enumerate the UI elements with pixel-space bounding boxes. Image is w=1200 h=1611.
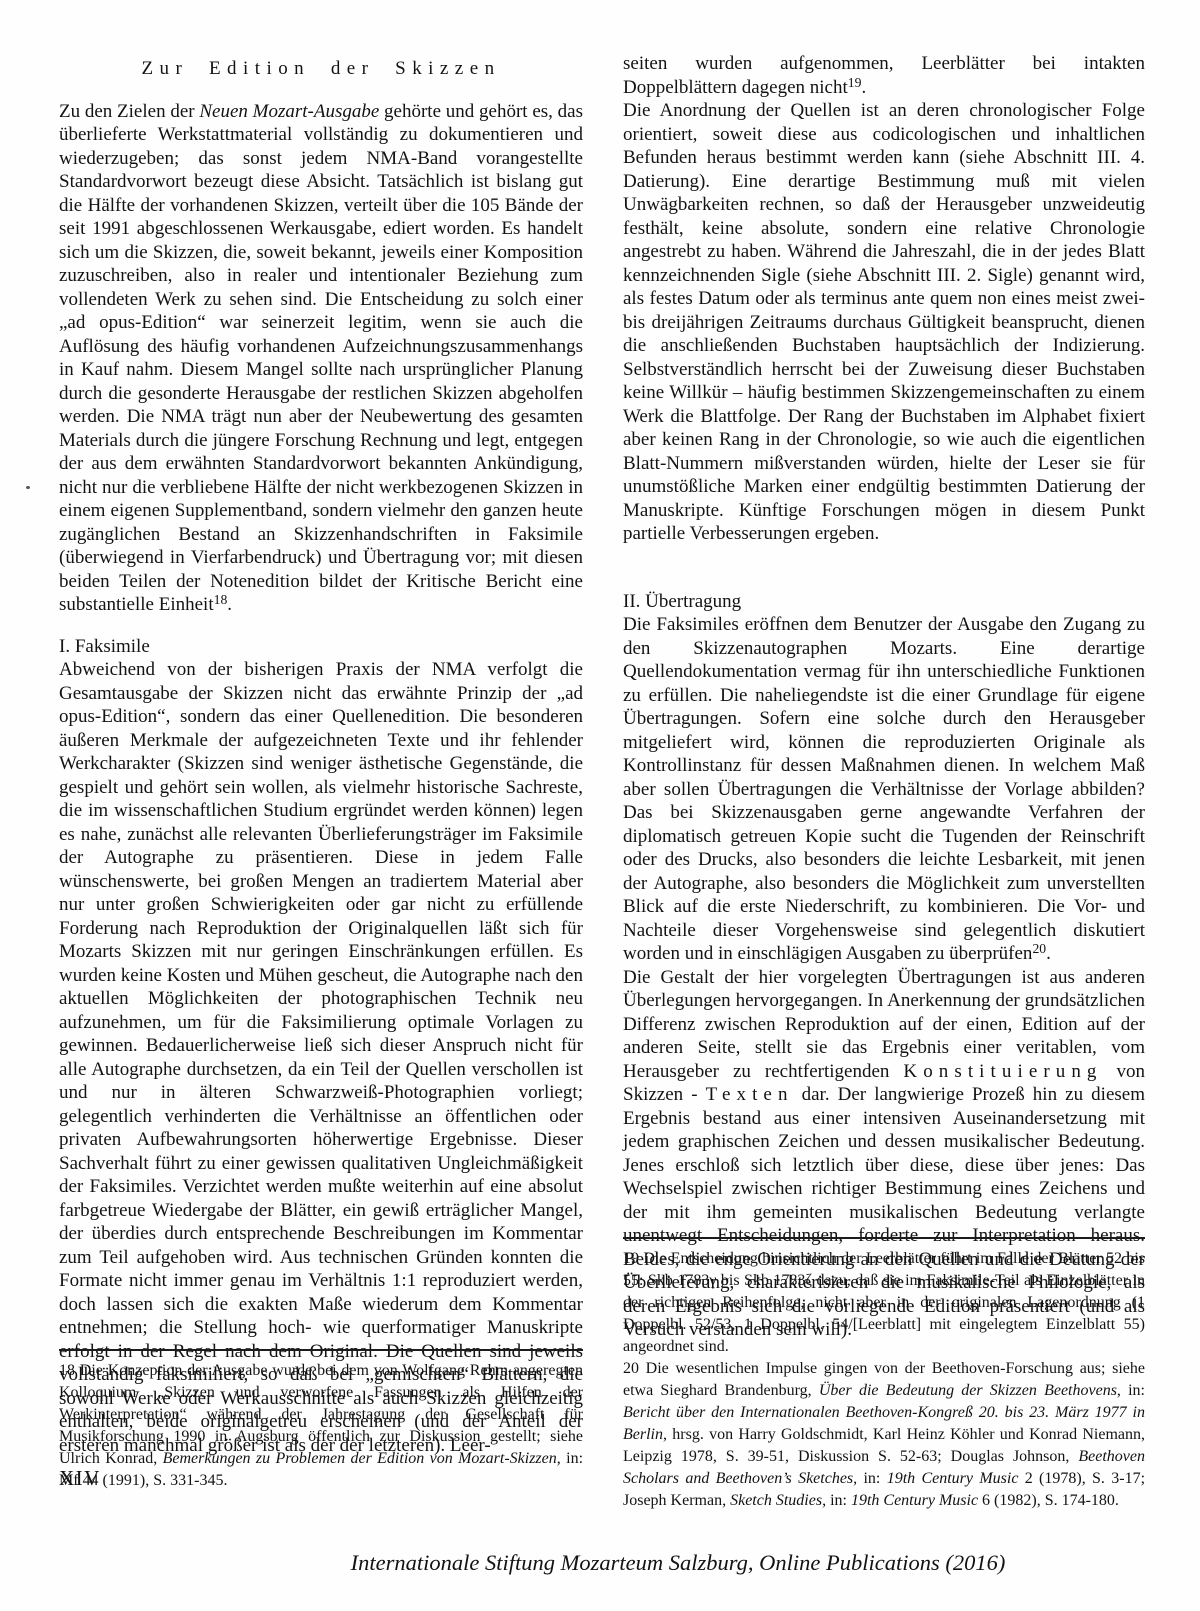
left-footnotes: 18 Die Konzeption der Ausgabe wurde bei … — [59, 1349, 583, 1492]
footer-credit: Internationale Stiftung Mozarteum Salzbu… — [351, 1550, 1006, 1575]
footnote-20: 20 Die wesentlichen Impulse gingen von d… — [623, 1358, 1145, 1512]
paragraph-anordnung: Die Anordnung der Quellen ist an deren c… — [623, 99, 1145, 546]
footnote-separator — [623, 1237, 1145, 1239]
footnote-18: 18 Die Konzeption der Ausgabe wurde bei … — [59, 1360, 583, 1492]
document-page: Zur Edition der Skizzen Zu den Zielen de… — [0, 0, 1200, 1611]
right-footnotes: 19 Die Entscheidung hinsichtlich der Lee… — [623, 1237, 1145, 1512]
paragraph-edition-ziele: Zu den Zielen der Neuen Mozart-Ausgabe g… — [59, 100, 583, 617]
paragraph-faksimiles-benutzer: Die Faksimiles eröffnen dem Benutzer der… — [623, 613, 1145, 966]
footnote-separator — [59, 1349, 583, 1351]
page-title: Zur Edition der Skizzen — [59, 57, 583, 81]
footnote-19: 19 Die Entscheidung hinsichtlich der Lee… — [623, 1248, 1145, 1358]
left-column: Zur Edition der Skizzen Zu den Zielen de… — [59, 57, 583, 1457]
paragraph-leerseiten-continuation: seiten wurden aufgenommen, Leerblätter b… — [623, 52, 1145, 99]
section-heading-faksimile: I. Faksimile — [59, 635, 583, 659]
section-heading-uebertragung: II. Übertragung — [623, 590, 1145, 614]
ink-speck — [26, 486, 30, 489]
paragraph-faksimile: Abweichend von der bisherigen Praxis der… — [59, 658, 583, 1457]
page-number: XIV — [59, 1466, 101, 1491]
footer: Internationale Stiftung Mozarteum Salzbu… — [0, 1550, 1200, 1576]
right-column: seiten wurden aufgenommen, Leerblätter b… — [623, 52, 1145, 1342]
